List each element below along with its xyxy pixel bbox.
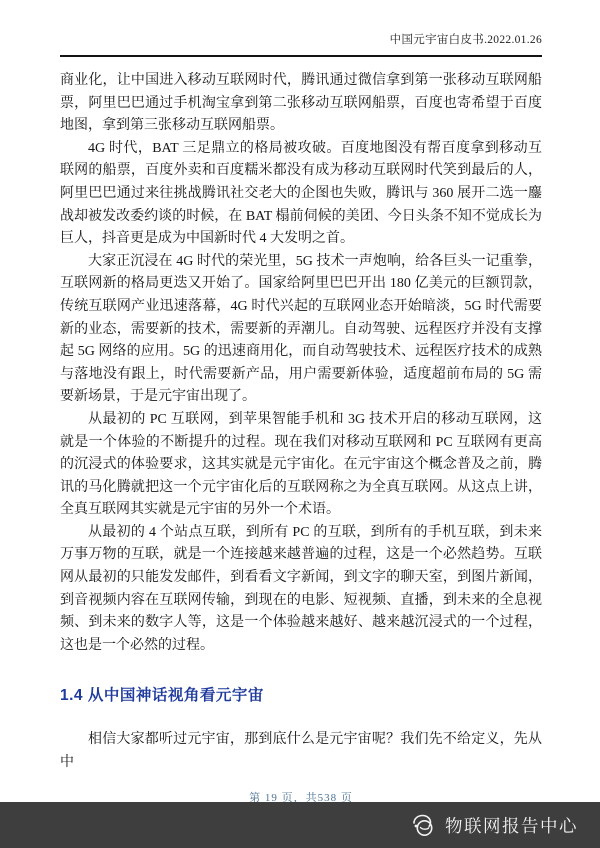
body-paragraph: 大家正沉浸在 4G 时代的荣光里，5G 技术一声炮响，给各巨头一记重拳，互联网新… [60,251,542,409]
body-paragraph: 相信大家都听过元宇宙，那到底什么是元宇宙呢？我们先不给定义，先从中 [60,729,542,774]
body-paragraph: 从最初的 PC 互联网，到苹果智能手机和 3G 技术开启的移动互联网，这就是一个… [60,409,542,522]
section-heading: 1.4 从中国神话视角看元宇宙 [60,683,542,705]
page-content: 中国元宇宙白皮书.2022.01.26 商业化，让中国进入移动互联网时代，腾讯通… [60,0,542,805]
header-rule [60,55,542,57]
header-title: 中国元宇宙白皮书.2022.01.26 [60,0,542,47]
body-text: 商业化，让中国进入移动互联网时代，腾讯通过微信拿到第一张移动互联网船票，阿里巴巴… [60,70,542,657]
body-paragraph: 4G 时代，BAT 三足鼎立的格局被攻破。百度地图没有帮百度拿到移动互联网的船票… [60,138,542,251]
public-account-logo-icon [410,812,437,839]
body-text-after-heading: 相信大家都听过元宇宙，那到底什么是元宇宙呢？我们先不给定义，先从中 [60,729,542,774]
body-paragraph: 商业化，让中国进入移动互联网时代，腾讯通过微信拿到第一张移动互联网船票，阿里巴巴… [60,70,542,138]
watermark-label: 物联网报告中心 [445,813,578,838]
document-page: { "header": { "title": "中国元宇宙白皮书.2022.01… [0,0,600,848]
watermark-bar: 物联网报告中心 [0,802,600,848]
body-paragraph: 从最初的 4 个站点互联，到所有 PC 的互联，到所有的手机互联，到未来万事万物… [60,522,542,658]
